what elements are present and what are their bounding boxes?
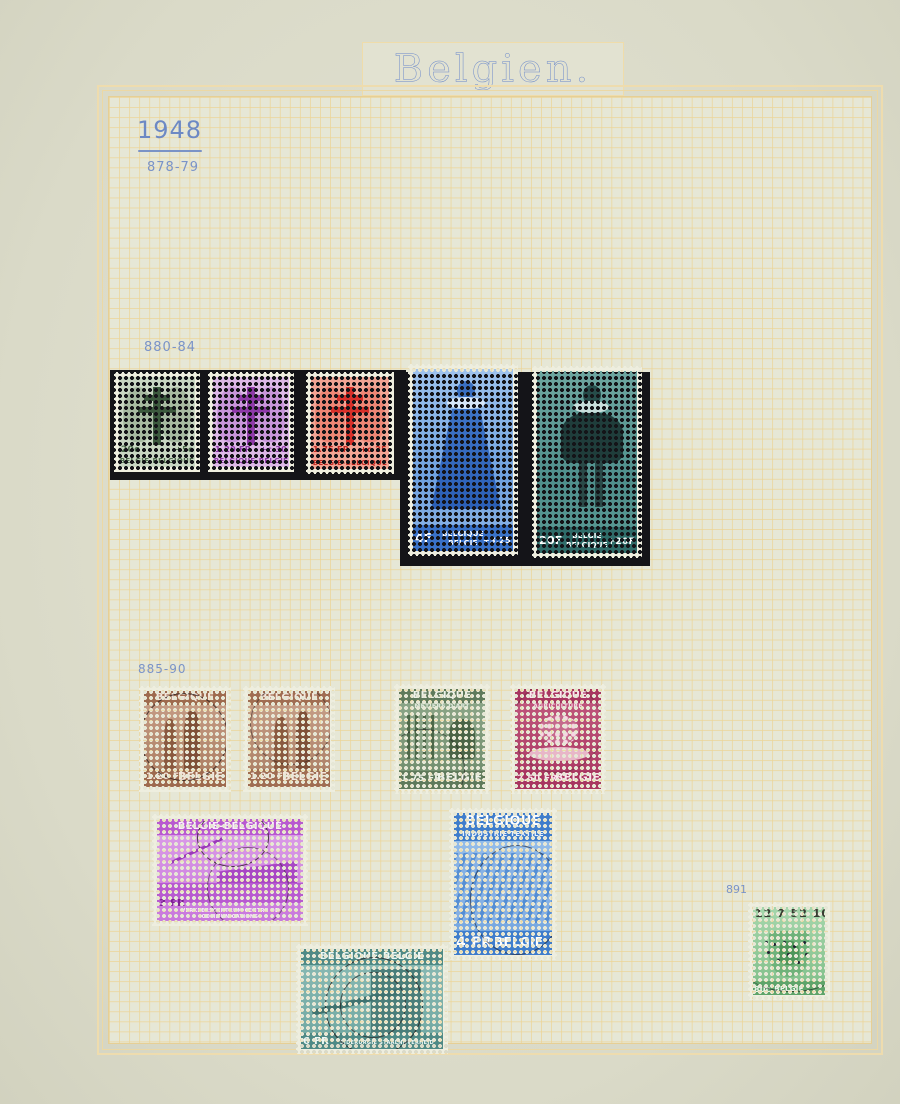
stamp-header: BELGIQUE (144, 692, 226, 703)
stamp-footer: VERKEERSCENTRUM CENTRE DE COMMUNICATIONS (157, 908, 303, 920)
stamp-886[interactable]: BELGIQUE METIERS D'ART 1.75 FR BELGIE (394, 684, 490, 794)
stamp-value: 6 FR (303, 1036, 329, 1047)
stamp-surcharge: +c 25 (360, 445, 387, 454)
stamp-891[interactable]: 80c BELGIE 12 7 52 10 (748, 902, 830, 1000)
catalog-number-891: 891 (726, 883, 747, 896)
stamp-footer: SIDERURGIE STAALNIJVERHEID (331, 1040, 443, 1046)
stamp-header: BELGIQUE (399, 690, 485, 701)
portrait-cloak (561, 413, 623, 463)
portrait-leg (579, 461, 587, 507)
stamp-884[interactable]: 20F BELGIE BELGIQUE +20F (532, 366, 642, 558)
stamp-subheader: METIERS D'ART (399, 703, 485, 710)
stamp-881[interactable]: 1.20 FR +c 30 BELGIQUE-BELGIE (208, 372, 294, 472)
stamp-888[interactable]: BELGIE-BELGIQUE 3 FR VERKEERSCENTRUM CEN… (152, 814, 308, 926)
stamp-legend: BELGIE (282, 770, 327, 783)
year-heading: 1948 (137, 116, 202, 144)
catalog-number-880: 880-84 (144, 340, 196, 355)
stamp-header: BELGIQUE (515, 690, 601, 701)
stamp-885b[interactable]: BELGIQUE 1.20 FR BELGIE (243, 686, 335, 792)
stamp-value: 20c (121, 445, 140, 455)
stamp-value: 1.75 FR (401, 774, 442, 784)
stamp-value: 1.20 FR (215, 445, 251, 454)
stamp-subheader: INDUSTRIE TEXTILE (454, 830, 552, 838)
stamp-885a[interactable]: BELGIQUE 1.20 FR BELGIE (139, 686, 231, 792)
postmark-date: 12 7 52 10 (755, 907, 825, 920)
stamp-880[interactable]: 20c +5c BELGIE-BELGIQUE (114, 372, 200, 472)
stamp-value: 2.50 FR (517, 774, 558, 784)
stamp-legend: BELGIE (555, 771, 600, 784)
catalog-number-878: 878-79 (147, 160, 199, 175)
portrait-leg (595, 461, 603, 507)
stamp-882[interactable]: 1.75 FR +c 25 BELGIE-BELGIQUE (306, 372, 394, 474)
stamp-header: BELGIQUE (248, 692, 330, 703)
stamp-legend: BELGIE (178, 770, 223, 783)
stamp-header: BELGIE-BELGIQUE (157, 821, 303, 832)
stamp-889[interactable]: BELGIQUE INDUSTRIE TEXTILE 4 FR BELGIE (449, 808, 557, 960)
year-underline (138, 150, 202, 152)
portrait-ruff (573, 401, 609, 413)
stamp-surcharge: +c 30 (260, 445, 287, 454)
stamp-legend: BELGIE-BELGIQUE (311, 459, 389, 467)
stamp-legend: BELGIE (494, 935, 543, 949)
stamp-subheader: AGRICULTURE (515, 703, 601, 710)
stamp-legend: BELGIE (437, 771, 482, 784)
portrait-gown (431, 409, 501, 509)
stamp-header: BELGIQUE-BELGIE (301, 951, 443, 962)
stamp-883[interactable]: 4F BELGIQUE BELGIE +3.25 (408, 364, 518, 556)
stamp-legend: BELGIE-BELGIQUE (119, 457, 195, 465)
stamp-header: BELGIQUE (454, 814, 552, 829)
stamp-surcharge: +5c (175, 445, 193, 454)
portrait-ruff (447, 397, 485, 409)
stamp-890[interactable]: BELGIQUE-BELGIE 6 FR SIDERURGIE STAALNIJ… (296, 944, 448, 1054)
stamp-surcharge: +20F (608, 537, 635, 547)
stamp-887[interactable]: BELGIQUE AGRICULTURE 2.50 FR BELGIE (510, 684, 606, 794)
stamp-value: 1.75 FR (313, 445, 349, 454)
stamp-value: 4 FR (456, 935, 492, 951)
postmark-arc (753, 951, 825, 992)
catalog-number-885: 885-90 (138, 662, 187, 676)
stamp-surcharge: +3.25 (483, 536, 511, 545)
stamp-legend: BELGIQUE-BELGIE (213, 457, 289, 465)
